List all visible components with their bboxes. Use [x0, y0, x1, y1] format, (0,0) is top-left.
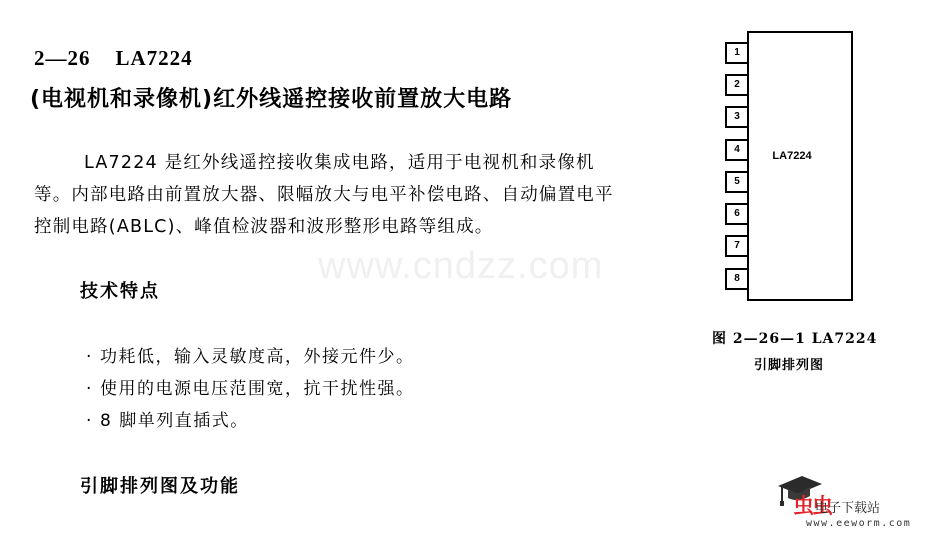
pin-1: 1	[725, 42, 747, 64]
intro-line: 控制电路(ABLC)、峰值检波器和波形整形电路等组成。	[34, 211, 704, 243]
pin-5: 5	[725, 171, 747, 193]
list-item: ·功耗低，输入灵敏度高，外接元件少。	[86, 341, 415, 373]
watermark: www.cndzz.com	[318, 245, 603, 288]
intro-paragraph: LA7224 是红外线遥控接收集成电路，适用于电视机和录像机 等。内部电路由前置…	[34, 147, 704, 243]
list-item: ·8 脚单列直插式。	[86, 405, 415, 437]
pin-6: 6	[725, 203, 747, 225]
pin-4: 4	[725, 139, 747, 161]
ic-label: LA7224	[747, 150, 837, 162]
logo-url: www.eeworm.com	[806, 518, 911, 529]
pin-7: 7	[725, 235, 747, 257]
features-list: ·功耗低，输入灵敏度高，外接元件少。 ·使用的电源电压范围宽，抗干扰性强。 ·8…	[86, 341, 415, 437]
ic-package-outline	[747, 31, 853, 301]
section-number: 2—26 LA7224	[34, 46, 193, 71]
figure-subcaption: 引脚排列图	[754, 354, 824, 373]
pin-3: 3	[725, 106, 747, 128]
intro-line: LA7224 是红外线遥控接收集成电路，适用于电视机和录像机	[34, 147, 704, 179]
bullet-icon: ·	[86, 405, 100, 437]
section-title: (电视机和录像机)红外线遥控接收前置放大电路	[30, 82, 512, 113]
list-item: ·使用的电源电压范围宽，抗干扰性强。	[86, 373, 415, 405]
features-heading: 技术特点	[80, 277, 160, 303]
intro-line: 等。内部电路由前置放大器、限幅放大与电平补偿电路、自动偏置电平	[34, 179, 704, 211]
section-index: 2—26	[34, 46, 91, 70]
bullet-icon: ·	[86, 373, 100, 405]
pinout-heading: 引脚排列图及功能	[80, 472, 240, 498]
logo-name: 电子下载站	[815, 497, 880, 516]
section-part: LA7224	[116, 46, 193, 70]
figure-caption: 图 2—26—1 LA7224	[712, 328, 877, 348]
pin-2: 2	[725, 74, 747, 96]
bullet-icon: ·	[86, 341, 100, 373]
pin-8: 8	[725, 268, 747, 290]
